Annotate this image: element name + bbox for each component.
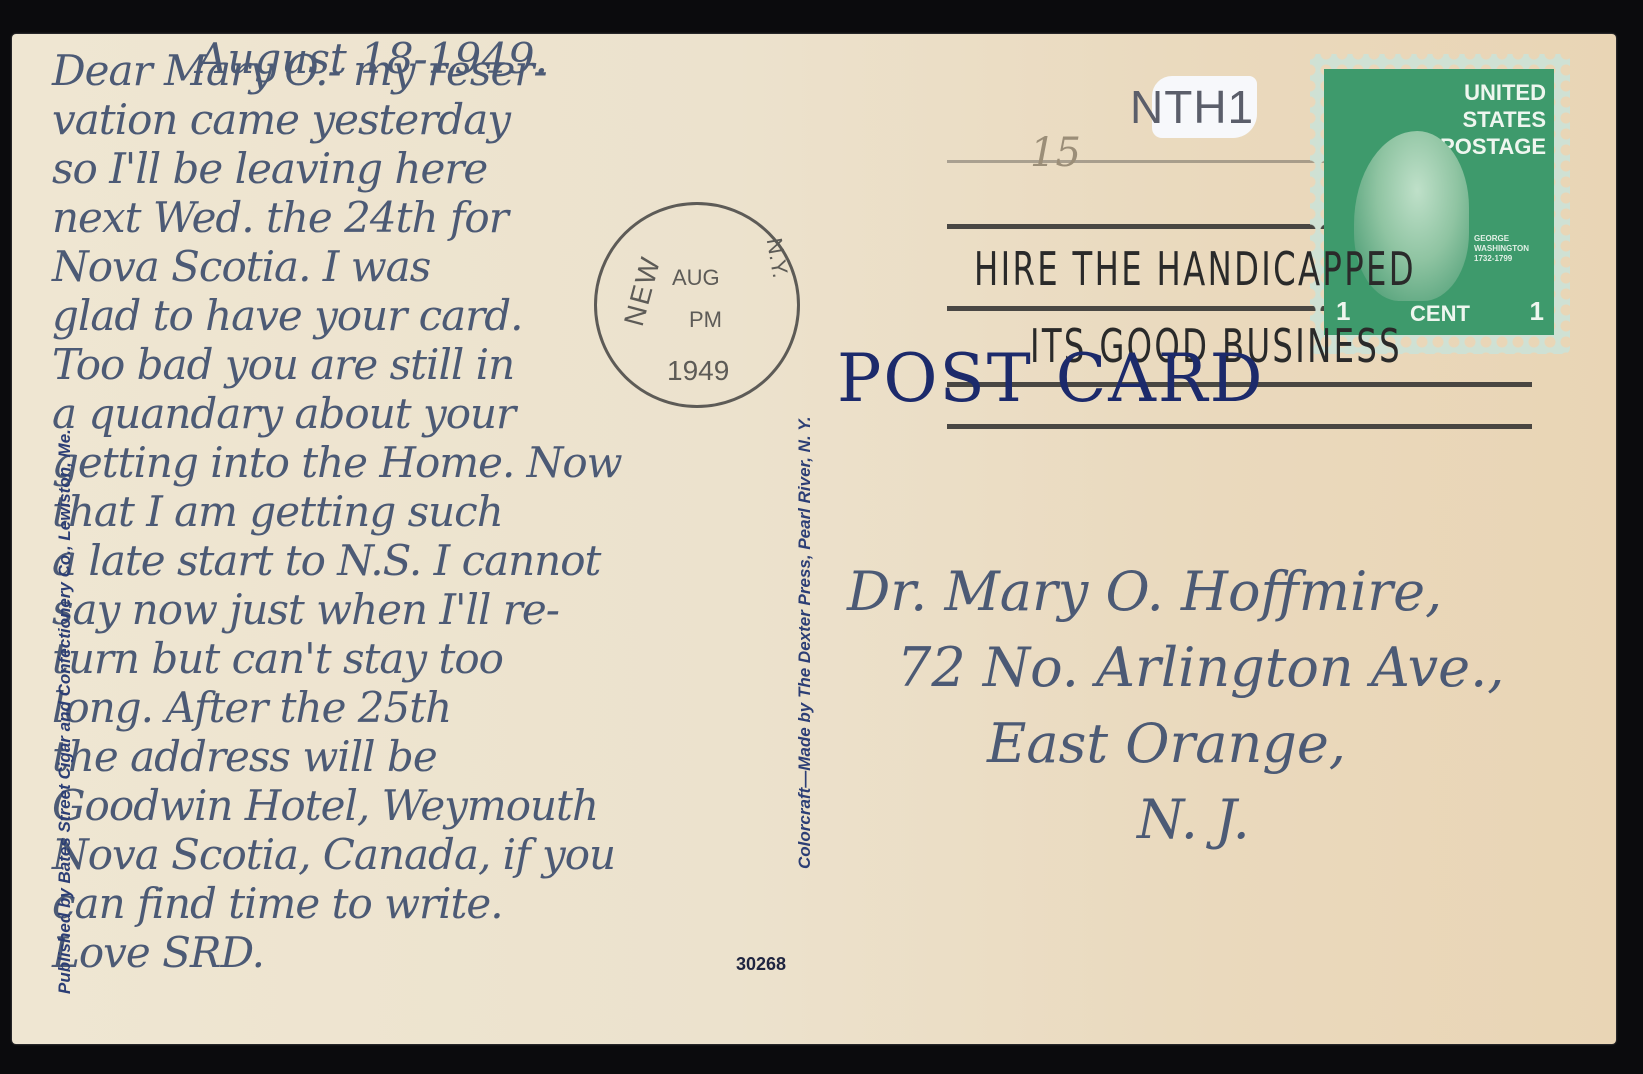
stamp-country: UNITED STATES POSTAGE <box>1440 79 1546 160</box>
message-line: Nova Scotia, Canada, if you <box>52 830 622 879</box>
address-line: Dr. Mary O. Hoffmire, <box>847 554 1504 630</box>
postmark-circle: NEW N.Y. AUG PM 1949 <box>594 202 800 408</box>
handwritten-message: Dear Mary O.- my reser- vation came yest… <box>52 46 622 977</box>
postmark-time: PM <box>689 307 722 333</box>
postcard-heading: POST CARD <box>837 340 1265 417</box>
message-line: next Wed. the 24th for <box>52 193 622 242</box>
message-line: a quandary about your <box>52 389 622 438</box>
message-line: Goodwin Hotel, Weymouth <box>52 781 622 830</box>
message-date: August 18-1949. <box>197 34 548 83</box>
recipient-address: Dr. Mary O. Hoffmire, 72 No. Arlington A… <box>847 554 1504 858</box>
pencil-note: 15 <box>1030 130 1081 176</box>
message-line: glad to have your card. <box>52 291 622 340</box>
postmark-state: N.Y. <box>761 236 794 280</box>
address-line: N. J. <box>847 782 1504 858</box>
publisher-imprint: Published by Bates Street Cigar and Conf… <box>55 429 75 994</box>
postmark-year: 1949 <box>667 355 729 387</box>
address-line: East Orange, <box>847 706 1504 782</box>
message-line: so I'll be leaving here <box>52 144 622 193</box>
message-line: the address will be <box>52 732 622 781</box>
message-line: turn but can't stay too <box>52 634 622 683</box>
cancel-bar <box>947 424 1532 429</box>
address-line: 72 No. Arlington Ave., <box>847 630 1504 706</box>
postcard-back: Dear Mary O.- my reser- vation came yest… <box>12 34 1616 1044</box>
card-number: 30268 <box>736 954 786 975</box>
message-line: that I am getting such <box>52 487 622 536</box>
message-line: a late start to N.S. I cannot <box>52 536 622 585</box>
message-line: Too bad you are still in <box>52 340 622 389</box>
message-line: getting into the Home. Now <box>52 438 622 487</box>
slogan-cancel-line1: HIRE THE HANDICAPPED <box>974 242 1416 296</box>
message-line: vation came yesterday <box>52 95 622 144</box>
postmark-city: NEW <box>618 252 667 329</box>
message-line: say now just when I'll re- <box>52 585 622 634</box>
message-line: can find time to write. <box>52 879 622 928</box>
message-line: long. After the 25th <box>52 683 622 732</box>
message-line: Love SRD. <box>52 928 622 977</box>
postmark-month: AUG <box>672 265 720 291</box>
message-line: Nova Scotia. I was <box>52 242 622 291</box>
stamp-caption: GEORGE WASHINGTON 1732-1799 <box>1474 234 1554 264</box>
nth-label: NTH1 <box>1130 80 1254 134</box>
printer-imprint: Colorcraft—Made by The Dexter Press, Pea… <box>795 416 815 869</box>
